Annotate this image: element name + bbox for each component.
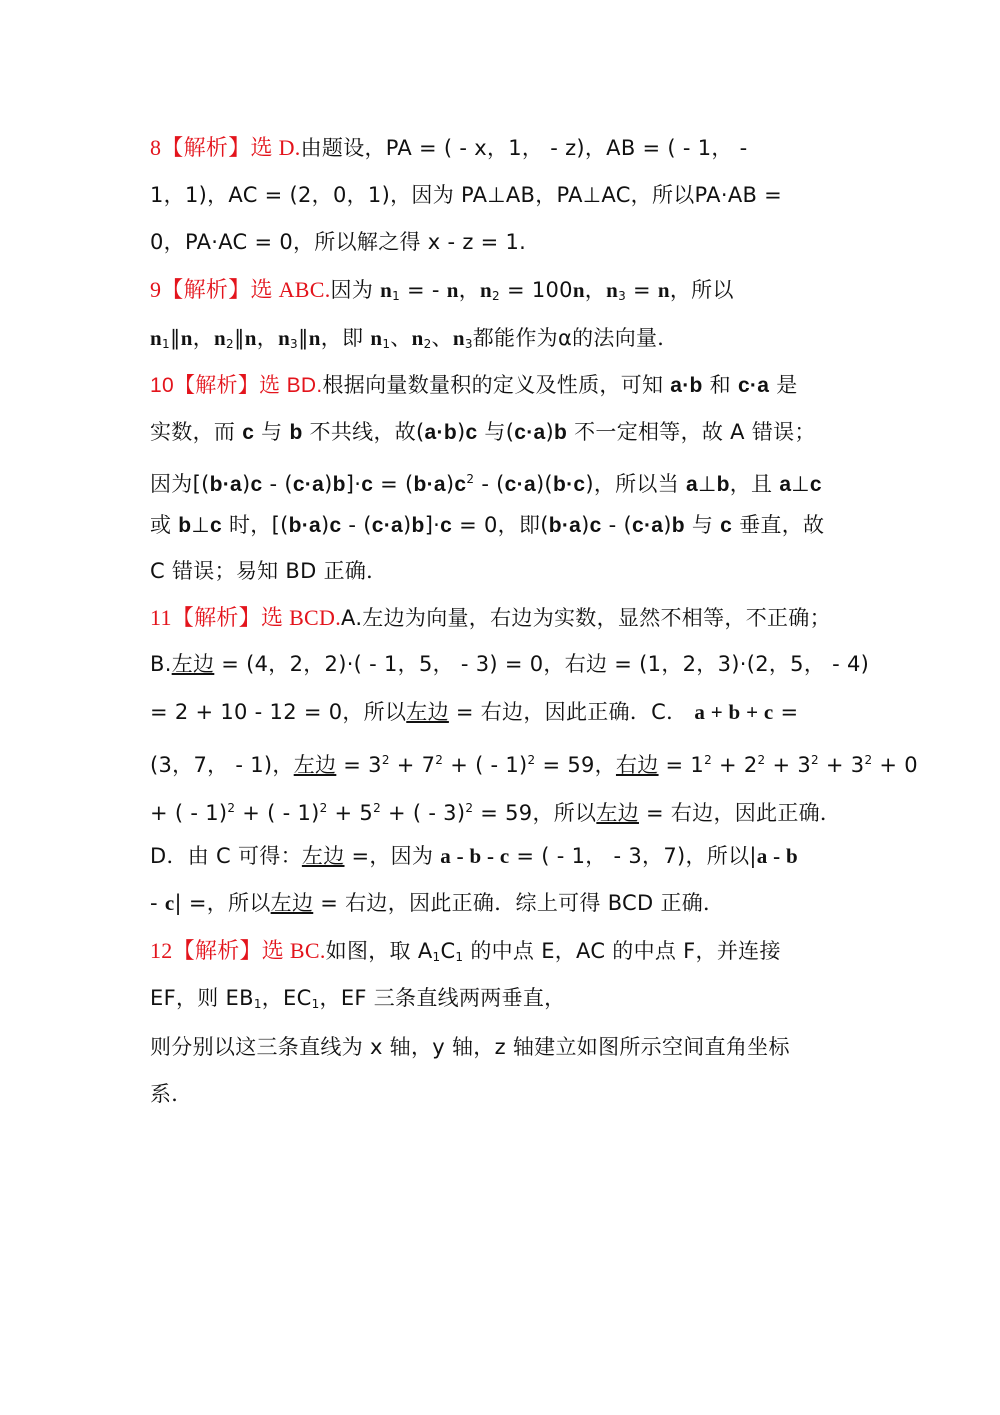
math-bold: c	[810, 473, 822, 496]
text: + 5	[328, 801, 374, 825]
left-side-term: 左边	[172, 652, 215, 676]
text: C	[440, 939, 455, 963]
text: = 59，所以	[473, 801, 596, 825]
vector-n: n	[181, 326, 193, 350]
text: + ( - 1)	[150, 801, 227, 825]
text: A.左边为向量，右边为实数，显然不相等，不正确；	[341, 606, 831, 630]
vector-n: n	[447, 278, 459, 302]
parallel-symbol: ∥	[234, 326, 245, 350]
math-bold: c·a	[738, 374, 769, 397]
text: 因为[(	[150, 472, 210, 496]
problem-11-line-6: D．由 C 可得：左边 =，因为 a - b - c = ( - 1， - 3，…	[150, 836, 798, 876]
text: = 59，	[535, 753, 615, 777]
vector-n: n	[309, 326, 321, 350]
text: - (	[262, 472, 292, 496]
text: 是	[769, 373, 797, 397]
math-bold: b·a	[289, 514, 321, 537]
text: B.	[150, 652, 172, 676]
perp-symbol: ⊥	[791, 472, 810, 496]
problem-12-line-3: 则分别以这三条直线为 x 轴，y 轴，z 轴建立如图所示空间直角坐标	[150, 1027, 790, 1067]
math-bold: c·a	[632, 514, 663, 537]
text: = (4，2，2)·( - 1，5， - 3) = 0，	[214, 652, 564, 676]
text: 、	[390, 326, 411, 350]
text: | =，所以	[174, 891, 270, 915]
problem-12-line-2: EF，则 EB1，EC1，EF 三条直线两两垂直，	[150, 978, 565, 1018]
text: =	[626, 278, 658, 302]
text: 不一定相等，故 A 错误；	[567, 420, 816, 444]
left-side-term: 左边	[271, 891, 314, 915]
text: 由题设，PA = ( - x，1， - z)，AB = ( - 1， -	[301, 136, 748, 160]
math-bold: b	[178, 514, 191, 537]
text: - (	[474, 472, 504, 496]
math-bold: a	[686, 473, 698, 496]
document-page: 8【解析】选 D.由题设，PA = ( - x，1， - z)，AB = ( -…	[0, 0, 1000, 1415]
text: 和	[703, 373, 738, 397]
text: 都能作为α的法向量．	[473, 326, 679, 350]
text: + 3	[765, 753, 811, 777]
text: =	[639, 801, 671, 825]
vector-n: n	[380, 278, 392, 302]
parallel-symbol: ∥	[298, 326, 309, 350]
text: )	[545, 420, 554, 444]
text: = (1，2，3)·(2，5， - 4)	[607, 652, 869, 676]
subscript: 1	[162, 337, 170, 351]
text: ，	[585, 278, 606, 302]
text: = ( - 1， - 3，7)，所以|	[509, 844, 756, 868]
text: 根据向量数量积的定义及性质，可知	[323, 373, 671, 397]
text: 1，1)，AC = (2，0，1)，因为 PA⊥AB，PA⊥AC，所以PA·AB…	[150, 183, 782, 207]
text: ]·	[346, 472, 361, 496]
text: )	[663, 513, 672, 537]
math-bold: b·c	[553, 473, 585, 496]
text: 与	[685, 513, 720, 537]
problem-11-line-5: + ( - 1)2 + ( - 1)2 + 52 + ( - 3)2 = 59，…	[150, 788, 841, 828]
right-side-term: 右边	[481, 700, 524, 724]
superscript: 2	[811, 753, 819, 767]
text: = -	[400, 278, 447, 302]
math-bold: b	[333, 473, 346, 496]
text: = 0，即(	[452, 513, 549, 537]
text: ，	[257, 326, 278, 350]
problem-10-heading: 10【解析】选 BD.	[150, 374, 323, 397]
math-bold: c·a	[372, 514, 403, 537]
problem-10-line-2: 实数，而 c 与 b 不共线，故(a·b)c 与(c·a)b 不一定相等，故 A…	[150, 412, 816, 452]
math-bold: c	[361, 473, 373, 496]
problem-10-line-4: 或 b⊥c 时，[(b·a)c - (c·a)b]·c = 0，即(b·a)c …	[150, 505, 824, 545]
math-bold: c	[242, 421, 254, 444]
superscript: 2	[704, 753, 712, 767]
vector-n: n	[453, 326, 465, 350]
vector-n: n	[573, 278, 585, 302]
text: + 0	[872, 753, 918, 777]
math-bold: a - b - c	[440, 844, 509, 868]
math-bold: c	[590, 514, 602, 537]
problem-12-heading: 12【解析】选 BC.	[150, 938, 326, 963]
problem-8-heading: 8【解析】选 D.	[150, 135, 301, 160]
text: ，且	[730, 472, 780, 496]
perp-symbol: ⊥	[191, 513, 210, 537]
text: = 2 + 10 - 12 = 0，所以	[150, 700, 406, 724]
subscript: 1	[392, 289, 400, 303]
text: )	[242, 472, 251, 496]
math-bold: a - b	[757, 844, 798, 868]
problem-10-line-3: 因为[(b·a)c - (c·a)b]·c = (b·a)c2 - (c·a)(…	[150, 459, 822, 499]
right-side-term: 右边	[345, 891, 388, 915]
parallel-symbol: ∥	[170, 326, 181, 350]
text: + ( - 3)	[381, 801, 465, 825]
math-bold: c	[465, 421, 477, 444]
subscript: 2	[424, 337, 432, 351]
text: + 7	[390, 753, 436, 777]
math-bold: b	[554, 421, 567, 444]
text: 如图，取 A	[326, 939, 433, 963]
text: =	[449, 700, 481, 724]
subscript: 1	[312, 997, 320, 1011]
text: =	[313, 891, 345, 915]
right-side-term: 右边	[565, 652, 608, 676]
problem-10-line-5: C 错误；易知 BD 正确．	[150, 551, 387, 591]
text: )	[403, 513, 412, 537]
text: ，	[459, 278, 480, 302]
text: ，因此正确．C．	[523, 700, 694, 724]
text: -	[150, 891, 165, 915]
text: 0，PA·AC = 0，所以解之得 x - z = 1.	[150, 230, 526, 254]
math-bold: a·b	[670, 374, 702, 397]
problem-11-line-2: B.左边 = (4，2，2)·( - 1，5， - 3) = 0，右边 = (1…	[150, 644, 869, 684]
math-bold: b	[412, 514, 425, 537]
text: D．由 C 可得：	[150, 844, 302, 868]
vector-n: n	[412, 326, 424, 350]
math-bold: c	[251, 473, 263, 496]
text: 或	[150, 513, 178, 537]
text: - (	[341, 513, 371, 537]
math-bold: b·a	[549, 514, 581, 537]
superscript: 2	[373, 801, 381, 815]
problem-9-heading: 9【解析】选 ABC.	[150, 277, 331, 302]
text: = 3	[336, 753, 382, 777]
problem-11-heading: 11【解析】选 BCD.	[150, 605, 341, 630]
text: - (	[602, 513, 632, 537]
text: ，EC	[262, 986, 312, 1010]
left-side-term: 左边	[406, 700, 449, 724]
right-side-term: 右边	[616, 753, 659, 777]
text: =，因为	[345, 844, 441, 868]
text: 垂直，故	[732, 513, 824, 537]
math-bold: c	[720, 514, 732, 537]
math-bold: c	[454, 473, 466, 496]
text: + ( - 1)	[235, 801, 319, 825]
problem-12-line-1: 12【解析】选 BC.如图，取 A1C1 的中点 E，AC 的中点 F，并连接	[150, 931, 781, 971]
text: 则分别以这三条直线为 x 轴，y 轴，z 轴建立如图所示空间直角坐标	[150, 1035, 790, 1059]
subscript: 3	[618, 289, 626, 303]
text: )(	[536, 472, 553, 496]
text: = 100	[500, 278, 573, 302]
text: )	[324, 472, 333, 496]
math-bold: a	[779, 473, 791, 496]
problem-10-line-1: 10【解析】选 BD.根据向量数量积的定义及性质，可知 a·b 和 c·a 是	[150, 365, 798, 405]
subscript: 2	[492, 289, 500, 303]
text: ，因此正确．综上可得 BCD 正确．	[388, 891, 725, 915]
text: ]·	[425, 513, 440, 537]
problem-11-line-7: - c| =，所以左边 = 右边，因此正确．综上可得 BCD 正确．	[150, 883, 724, 923]
vector-n: n	[658, 278, 670, 302]
text: ，因此正确．	[713, 801, 841, 825]
subscript: 1	[254, 997, 262, 1011]
problem-8-line-2: 1，1)，AC = (2，0，1)，因为 PA⊥AB，PA⊥AC，所以PA·AB…	[150, 175, 782, 215]
vector-n: n	[480, 278, 492, 302]
math-bold: a·b	[425, 421, 457, 444]
text: ，所以	[670, 278, 734, 302]
problem-8-line-3: 0，PA·AC = 0，所以解之得 x - z = 1.	[150, 222, 526, 262]
text: + ( - 1)	[443, 753, 527, 777]
math-bold: b·a	[210, 473, 242, 496]
math-bold: c	[329, 514, 341, 537]
text: 系．	[150, 1082, 193, 1106]
math-bold: b	[289, 421, 302, 444]
text: = (	[373, 472, 413, 496]
vector-n: n	[245, 326, 257, 350]
problem-9-line-2: n1∥n，n2∥n，n3∥n，即 n1、n2、n3都能作为α的法向量．	[150, 318, 679, 358]
text: 时，[(	[222, 513, 289, 537]
superscript: 2	[320, 801, 328, 815]
text: + 2	[712, 753, 758, 777]
math-bold: b	[717, 473, 730, 496]
left-side-term: 左边	[596, 801, 639, 825]
text: ，	[193, 326, 214, 350]
vector-n: n	[370, 326, 382, 350]
problem-11-line-1: 11【解析】选 BCD.A.左边为向量，右边为实数，显然不相等，不正确；	[150, 598, 831, 638]
problem-12-line-4: 系．	[150, 1074, 193, 1114]
vector-n: n	[214, 326, 226, 350]
vector-n: n	[150, 326, 162, 350]
text: ，EF 三条直线两两垂直，	[320, 986, 566, 1010]
math-bold: c·a	[514, 421, 545, 444]
left-side-term: 左边	[294, 753, 337, 777]
math-bold: c·a	[293, 473, 324, 496]
text: 实数，而	[150, 420, 242, 444]
text: )，所以当	[585, 472, 686, 496]
math-bold: c	[440, 514, 452, 537]
subscript: 3	[465, 337, 473, 351]
text: = 1	[659, 753, 705, 777]
problem-8-line-1: 8【解析】选 D.由题设，PA = ( - x，1， - z)，AB = ( -…	[150, 128, 748, 168]
math-bold: c	[210, 514, 222, 537]
problem-11-line-4: (3，7， - 1)，左边 = 32 + 72 + ( - 1)2 = 59，右…	[150, 740, 918, 780]
text: EF，则 EB	[150, 986, 254, 1010]
text: 与(	[477, 420, 514, 444]
text: 不共线，故(	[303, 420, 425, 444]
vector-n: n	[278, 326, 290, 350]
math-bold: b	[672, 514, 685, 537]
problem-9-line-1: 9【解析】选 ABC.因为 n1 = - n，n2 = 100n，n3 = n，…	[150, 270, 734, 310]
perp-symbol: ⊥	[698, 472, 717, 496]
left-side-term: 左边	[302, 844, 345, 868]
text: 、	[432, 326, 453, 350]
text: ，即	[321, 326, 371, 350]
superscript: 2	[382, 753, 390, 767]
right-side-term: 右边	[671, 801, 714, 825]
math-bold: b·a	[414, 473, 446, 496]
text: )	[581, 513, 590, 537]
text: (3，7， - 1)，	[150, 753, 294, 777]
problem-11-line-3: = 2 + 10 - 12 = 0，所以左边 = 右边，因此正确．C． a + …	[150, 692, 798, 732]
text: 与	[254, 420, 289, 444]
math-bold: a + b + c	[694, 700, 773, 724]
text: 因为	[331, 278, 381, 302]
text: 的中点 E，AC 的中点 F，并连接	[463, 939, 780, 963]
vector-n: n	[606, 278, 618, 302]
text: =	[774, 700, 799, 724]
math-bold: c·a	[505, 473, 536, 496]
text: C 错误；易知 BD 正确．	[150, 559, 387, 583]
subscript: 3	[290, 337, 298, 351]
text: + 3	[819, 753, 865, 777]
subscript: 2	[226, 337, 234, 351]
